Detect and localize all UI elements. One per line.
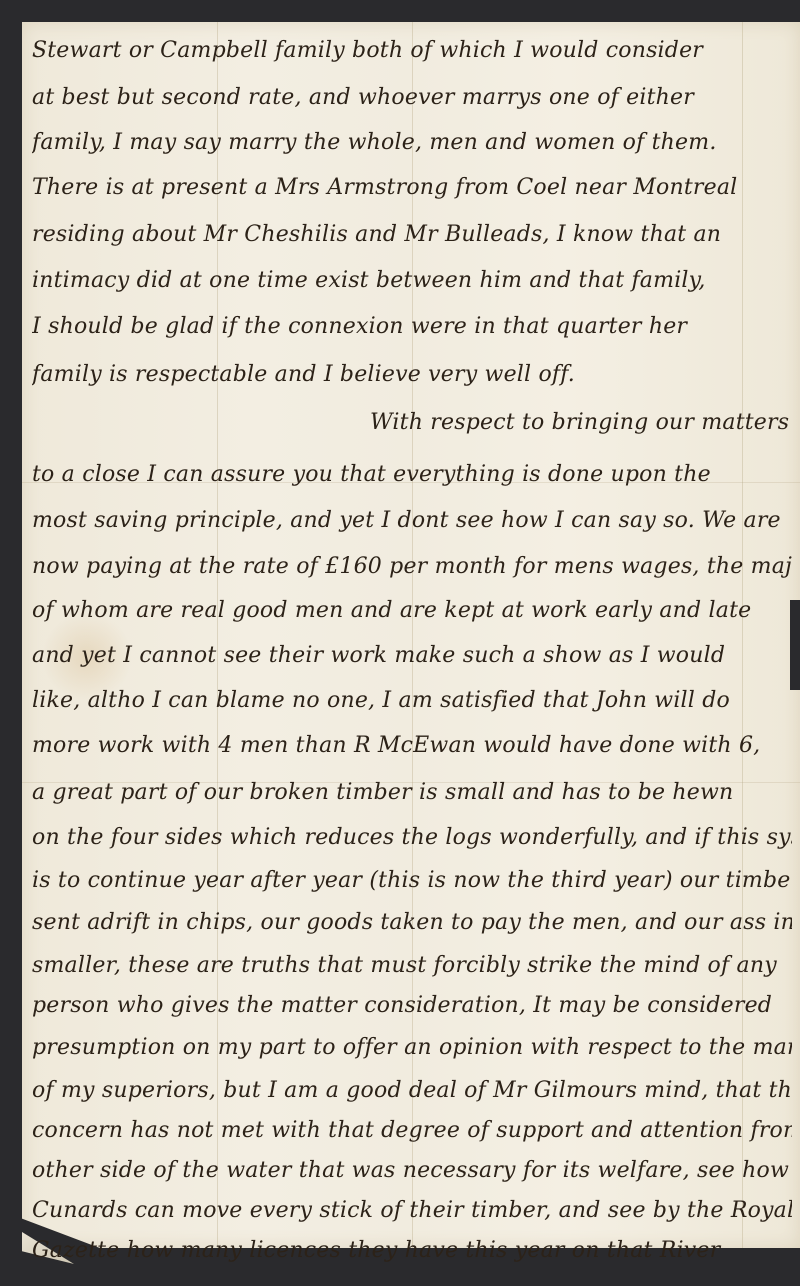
text-line: other side of the water that was necessa… — [32, 1158, 792, 1183]
text-line: intimacy did at one time exist between h… — [32, 268, 792, 293]
text-line: is to continue year after year (this is … — [32, 868, 792, 893]
text-line: a great part of our broken timber is sma… — [32, 780, 792, 805]
text-line: of whom are real good men and are kept a… — [32, 598, 792, 623]
text-line: family, I may say marry the whole, men a… — [32, 130, 792, 155]
text-line: of my superiors, but I am a good deal of… — [32, 1078, 792, 1103]
text-line: now paying at the rate of £160 per month… — [32, 554, 792, 579]
text-line: at best but second rate, and whoever mar… — [32, 85, 792, 110]
text-line: to a close I can assure you that everyth… — [32, 462, 792, 487]
text-line: more work with 4 men than R McEwan would… — [32, 733, 792, 758]
text-line: Gazette how many licences they have this… — [32, 1238, 792, 1263]
text-line-indented: With respect to bringing our matters — [370, 410, 790, 435]
text-line: family is respectable and I believe very… — [32, 362, 792, 387]
handwritten-text: Stewart or Campbell family both of which… — [0, 0, 800, 1286]
text-line: presumption on my part to offer an opini… — [32, 1035, 792, 1060]
text-line: Stewart or Campbell family both of which… — [32, 38, 792, 63]
text-line: on the four sides which reduces the logs… — [32, 825, 792, 850]
text-line: I should be glad if the connexion were i… — [32, 314, 792, 339]
text-line: smaller, these are truths that must forc… — [32, 953, 792, 978]
text-line: There is at present a Mrs Armstrong from… — [32, 175, 792, 200]
text-line: concern has not met with that degree of … — [32, 1118, 792, 1143]
text-line: most saving principle, and yet I dont se… — [32, 508, 792, 533]
text-line: and yet I cannot see their work make suc… — [32, 643, 792, 668]
text-line: person who gives the matter consideratio… — [32, 993, 792, 1018]
text-line: residing about Mr Cheshilis and Mr Bulle… — [32, 222, 792, 247]
text-line: Cunards can move every stick of their ti… — [32, 1198, 792, 1223]
text-line: sent adrift in chips, our goods taken to… — [32, 910, 792, 935]
text-line: like, altho I can blame no one, I am sat… — [32, 688, 792, 713]
